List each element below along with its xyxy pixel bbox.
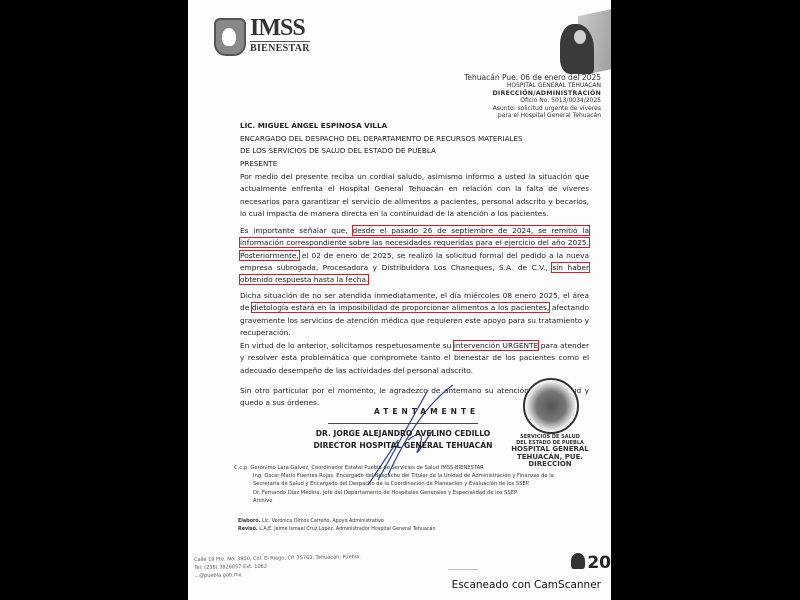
header-department: DIRECCIÓN/ADMINISTRACIÓN	[464, 90, 601, 98]
elaboro-value: Lic. Verónica Olmos Carreño. Apoyo Admin…	[260, 519, 384, 524]
letter-date: Tehuacán Pue. 06 de enero del 2025	[464, 73, 601, 82]
signatory-name: DR. JORGE ALEJANDRO AVELINO CEDILLO	[298, 428, 508, 440]
portrait-icon	[571, 553, 585, 569]
recipient-line-1: ENCARGADO DEL DESPACHO DEL DEPARTAMENTO …	[240, 133, 523, 146]
reviso-label: Revisó.	[238, 527, 258, 532]
p2-text-a: Es importante señalar que,	[240, 226, 353, 235]
camscanner-watermark: Escaneado con CamScanner	[452, 579, 601, 591]
header-asunto-1: Asunto: solicitud urgente de víveres	[464, 105, 601, 113]
ccp-item: Ing. Oscar Mario Fuentes Rojas. Encargad…	[234, 472, 554, 480]
ccp-item: Archivo	[234, 497, 554, 505]
paragraph-1: Por medio del presente reciba un cordial…	[240, 171, 589, 220]
recipient-line-2: DE LOS SERVICIOS DE SALUD DEL ESTADO DE …	[240, 145, 523, 158]
logo-title: IMSS	[250, 16, 305, 40]
ccp-label: C.c.p.	[234, 465, 249, 471]
paragraph-4: En virtud de lo anterior, solicitamos re…	[240, 340, 589, 377]
official-seal-icon	[523, 378, 579, 434]
paragraph-3: Dicha situación de no ser atendida inmed…	[240, 290, 589, 339]
signatory-title: DIRECTOR HOSPITAL GENERAL TEHUACÁN	[298, 440, 508, 452]
ccp-block: C.c.p. Gerónimo Lara Gálvez, Coordinador…	[234, 464, 554, 505]
closing-atentamente: ATENTAMENTE	[374, 407, 479, 416]
credits-block: Elaboró. Lic. Verónica Olmos Carreño. Ap…	[238, 518, 436, 533]
header-hospital: HOSPITAL GENERAL TEHUACAN	[464, 82, 601, 90]
highlight-box-4: intervención URGENTE	[454, 341, 538, 350]
footer-contact: Calle 19 Pte. No. 3800, Col. El Riego, C…	[194, 553, 361, 580]
imss-emblem-icon	[214, 18, 246, 56]
highlight-box-3: dietología estará en la imposibilidad de…	[252, 303, 549, 312]
recipient-line-3: PRESENTE	[240, 158, 523, 171]
recipient-block: LIC. MIGUEL ÁNGEL ESPINOSA VILLA ENCARGA…	[240, 120, 523, 170]
header-asunto-2: para el Hospital General Tehuacán	[464, 112, 601, 120]
imss-bienestar-logo: IMSS BIENESTAR	[214, 16, 324, 58]
footer-email: ...@puebla.gob.mx	[194, 569, 361, 580]
reviso-value: L.A.E. Jaime Ismael Cruz López. Administ…	[258, 527, 436, 532]
logo-subtitle: BIENESTAR	[250, 41, 310, 54]
letter-header-block: Tehuacán Pue. 06 de enero del 2025 HOSPI…	[464, 73, 601, 120]
scan-artifact	[448, 569, 478, 570]
header-oficio: Oficio No. 5013/0034/2025	[464, 97, 601, 105]
signature-line	[328, 423, 478, 424]
p4-text-a: En virtud de lo anterior, solicitamos re…	[240, 341, 454, 350]
signatory-block: DR. JORGE ALEJANDRO AVELINO CEDILLO DIRE…	[298, 428, 508, 452]
ccp-item: Gerónimo Lara Gálvez, Coordinador Estata…	[250, 465, 483, 471]
recipient-name: LIC. MIGUEL ÁNGEL ESPINOSA VILLA	[240, 120, 523, 133]
paragraph-2: Es importante señalar que, desde el pasa…	[240, 225, 589, 286]
ccp-item: Dr. Fernando Díaz Medina. Jefe del Depar…	[234, 489, 554, 497]
footer-year-fragment: 20	[587, 553, 611, 573]
heroine-flag-image	[560, 8, 611, 76]
ccp-item: Secretaría de Salud y Encargado del Desp…	[234, 480, 554, 488]
elaboro-label: Elaboró.	[238, 519, 260, 524]
scanned-letter-page: IMSS BIENESTAR Tehuacán Pue. 06 de enero…	[188, 0, 611, 600]
